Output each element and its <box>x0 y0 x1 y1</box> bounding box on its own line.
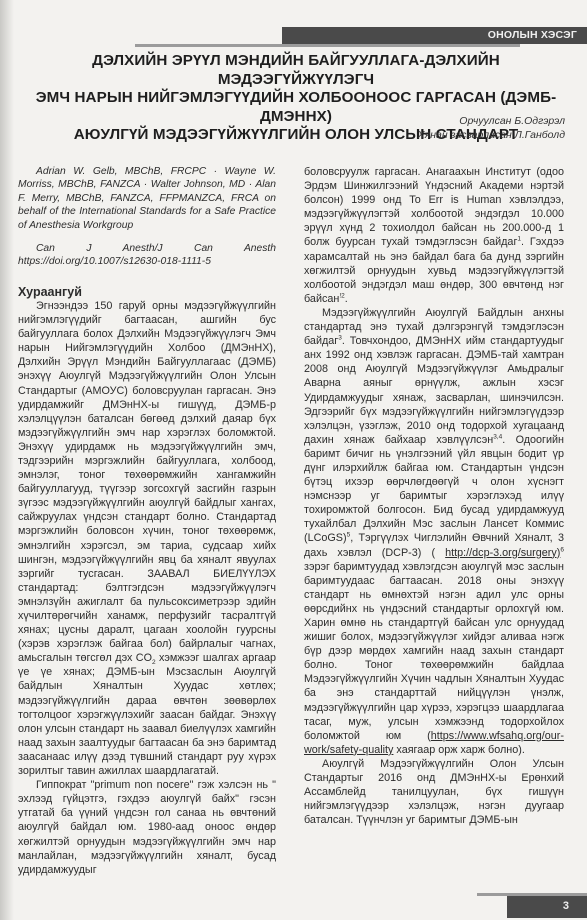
page-number-box: 3 <box>507 896 587 918</box>
left-column: Adrian W. Gelb, MBChB, FRCPC · Wayne W. … <box>18 165 276 877</box>
body-paragraph-3: Мэдээгүйжүүлгийн Аюулгүй Байдлын анхны с… <box>304 306 564 757</box>
text-run: хаягаар орж харж болно). <box>393 744 524 756</box>
text-run: зэрэг баримтуудад хэвлэгдсэн аюулгүй мэс… <box>304 561 564 742</box>
page-edge-shadow <box>0 0 14 920</box>
abstract-paragraph-1: Эгнээндээ 150 гаруй орны мэдээгүйжүүлгий… <box>18 299 276 778</box>
authors: Adrian W. Gelb, MBChB, FRCPC · Wayne W. … <box>18 165 276 232</box>
doi-citation: Can J Anesth/J Can Anesth https://doi.or… <box>18 242 276 269</box>
translation-credits: Орчуулсан Б.Одгэрэл Хянан засварласан Л.… <box>418 114 565 142</box>
text-run: . Товчхондоо, ДМЭнНХ ийм стандартуудыг а… <box>304 335 564 446</box>
text-run: . Одоогийн баримт бичиг нь үнэлгээний үй… <box>304 434 564 545</box>
header-divider <box>135 44 520 47</box>
page-number: 3 <box>563 900 569 912</box>
text-run: . <box>345 293 348 305</box>
body-paragraph-continued: боловсруулж гаргасан. Анагаахын Институт… <box>304 165 564 306</box>
section-label: ОНОЛЫН ХЭСЭГ <box>488 29 577 41</box>
text-run: Эгнээндээ 150 гаруй орны мэдээгүйжүүлгий… <box>18 300 276 664</box>
dcp3-link[interactable]: http://dcp-3.org/surgery) <box>445 547 560 559</box>
title-line-1: ДЭЛХИЙН ЭРҮҮЛ МЭНДИЙН БАЙГУУЛЛАГА-ДЭЛХИЙ… <box>92 52 500 88</box>
translator: Орчуулсан Б.Одгэрэл <box>418 114 565 128</box>
section-header-bar: ОНОЛЫН ХЭСЭГ <box>282 27 587 44</box>
footnote-ref: 6 <box>560 546 564 553</box>
body-paragraph-2: Гиппократ "primum non nocere" гэж хэлсэн… <box>18 778 276 877</box>
body-paragraph-4: Аюулгүй Мэдээгүйжүүлгийн Олон Улсын Стан… <box>304 757 564 827</box>
footnote-ref: 3,4 <box>493 433 502 440</box>
right-column: боловсруулж гаргасан. Анагаахын Институт… <box>304 165 564 827</box>
section-heading-abstract: Хураангуй <box>18 285 276 299</box>
reviewer: Хянан засварласан Л.Ганболд <box>418 128 565 142</box>
text-run: хэмжээг шалгах аргаар үе үе хянах; ДЭМБ-… <box>18 652 276 777</box>
